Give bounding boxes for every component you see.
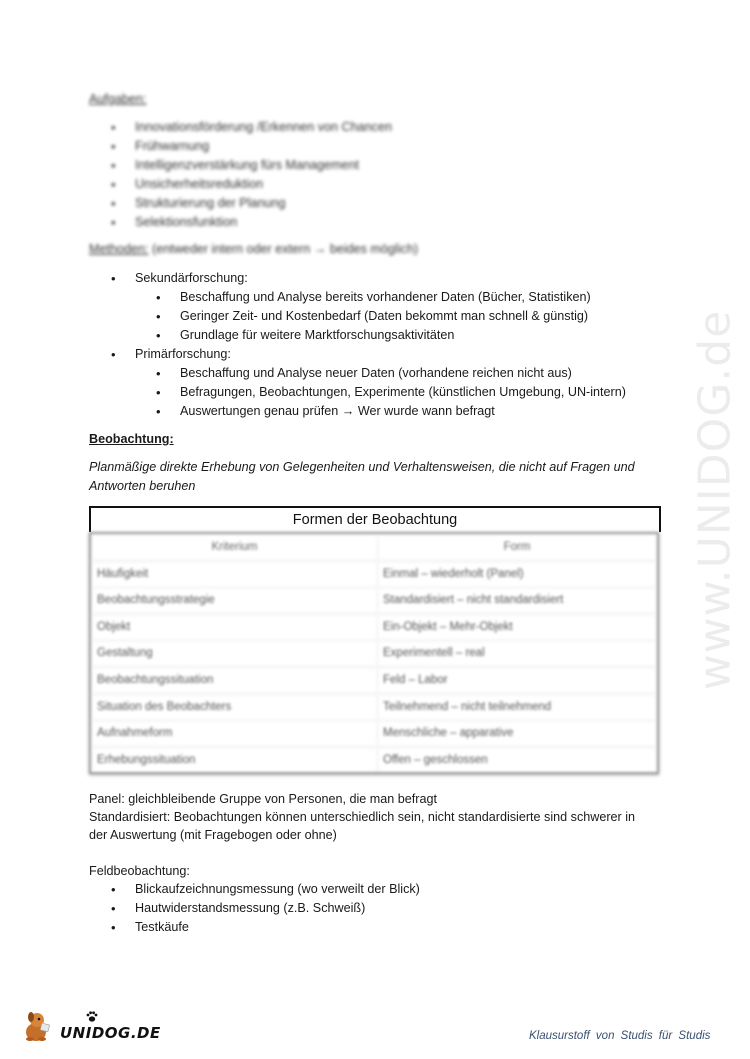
- aufgaben-heading: Aufgaben:: [89, 90, 146, 109]
- cell-form: Einmal – wiederholt (Panel): [379, 563, 655, 586]
- methoden-note: (entweder intern oder extern → beides mö…: [152, 242, 418, 256]
- beobachtung-definition-line2: Antworten beruhen: [89, 477, 195, 496]
- logo-text: UNIDOG.DE: [60, 1024, 161, 1042]
- cell-kriterium: Objekt: [93, 616, 376, 639]
- beobachtung-definition-line1: Planmäßige direkte Erhebung von Gelegenh…: [89, 458, 635, 477]
- list-item: Beschaffung und Analyse neuer Daten (vor…: [180, 364, 626, 383]
- table-row: BeobachtungssituationFeld – Labor: [93, 669, 655, 692]
- list-item: Selektionsfunktion: [135, 213, 392, 232]
- table-row: HäufigkeitEinmal – wiederholt (Panel): [93, 563, 655, 586]
- watermark-text: www.UNIDOG.de: [690, 310, 741, 691]
- methoden-heading: Methoden:: [89, 242, 149, 256]
- table-row: ErhebungssituationOffen – geschlossen: [93, 749, 655, 772]
- cell-kriterium: Beobachtungsstrategie: [93, 589, 376, 612]
- watermark: www.UNIDOG.de: [690, 270, 740, 730]
- cell-form: Experimentell – real: [379, 642, 655, 665]
- list-item: Strukturierung der Planung: [135, 194, 392, 213]
- list-item: Innovationsförderung /Erkennen von Chanc…: [135, 118, 392, 137]
- cell-form: Ein-Objekt – Mehr-Objekt: [379, 616, 655, 639]
- list-item: Beschaffung und Analyse bereits vorhande…: [180, 288, 591, 307]
- list-item: Hautwiderstandsmessung (z.B. Schweiß): [135, 899, 420, 918]
- table-row: BeobachtungsstrategieStandardisiert – ni…: [93, 589, 655, 612]
- footer-slogan: Klausurstoff von Studis für Studis: [529, 1030, 710, 1042]
- table-row: ObjektEin-Objekt – Mehr-Objekt: [93, 616, 655, 639]
- cell-kriterium: Beobachtungssituation: [93, 669, 376, 692]
- standardisiert-note-line2: der Auswertung (mit Fragebogen oder ohne…: [89, 826, 337, 845]
- beobachtung-heading: Beobachtung:: [89, 430, 174, 449]
- header-kriterium: Kriterium: [93, 536, 376, 559]
- dog-mascot-icon: [22, 1010, 52, 1042]
- paw-print-icon: [86, 1011, 98, 1022]
- primaer-items: Beschaffung und Analyse neuer Daten (vor…: [180, 364, 626, 421]
- group-label: Primärforschung:: [135, 345, 231, 364]
- cell-form: Teilnehmend – nicht teilnehmend: [379, 696, 655, 719]
- panel-note: Panel: gleichbleibende Gruppe von Person…: [89, 790, 437, 809]
- cell-kriterium: Häufigkeit: [93, 563, 376, 586]
- cell-form: Menschliche – apparative: [379, 722, 655, 745]
- document-page: Aufgaben: Innovationsförderung /Erkennen…: [0, 0, 750, 1059]
- cell-kriterium: Situation des Beobachters: [93, 696, 376, 719]
- sekundaer-items: Beschaffung und Analyse bereits vorhande…: [180, 288, 591, 345]
- methoden-group-primaer: Primärforschung:: [135, 345, 231, 364]
- feldbeobachtung-list: Blickaufzeichnungsmessung (wo verweilt d…: [135, 880, 420, 937]
- cell-form: Standardisiert – nicht standardisiert: [379, 589, 655, 612]
- list-item: Befragungen, Beobachtungen, Experimente …: [180, 383, 626, 402]
- list-item: Grundlage für weitere Marktforschungsakt…: [180, 326, 591, 345]
- standardisiert-note-line1: Standardisiert: Beobachtungen können unt…: [89, 808, 635, 827]
- cell-kriterium: Aufnahmeform: [93, 722, 376, 745]
- cell-kriterium: Gestaltung: [93, 642, 376, 665]
- table-body: Kriterium Form HäufigkeitEinmal – wieder…: [89, 532, 659, 774]
- list-item: Intelligenzverstärkung fürs Management: [135, 156, 392, 175]
- list-item: Frühwarnung: [135, 137, 392, 156]
- list-item: Auswertungen genau prüfen → Wer wurde wa…: [180, 402, 626, 421]
- list-item: Testkäufe: [135, 918, 420, 937]
- aufgaben-list: Innovationsförderung /Erkennen von Chanc…: [135, 118, 392, 232]
- list-item: Blickaufzeichnungsmessung (wo verweilt d…: [135, 880, 420, 899]
- methoden-group-sekundaer: Sekundärforschung:: [135, 269, 248, 288]
- list-item: Geringer Zeit- und Kostenbedarf (Daten b…: [180, 307, 591, 326]
- cell-kriterium: Erhebungssituation: [93, 749, 376, 772]
- list-item: Unsicherheitsreduktion: [135, 175, 392, 194]
- unidog-logo: UNIDOG.DE: [22, 1010, 152, 1048]
- table-header-row: Kriterium Form: [93, 536, 655, 559]
- cell-form: Feld – Labor: [379, 669, 655, 692]
- methoden-heading-line: Methoden: (entweder intern oder extern →…: [89, 240, 418, 259]
- table-title: Formen der Beobachtung: [89, 506, 661, 532]
- formen-table: Formen der Beobachtung Kriterium Form Hä…: [89, 506, 659, 774]
- cell-form: Offen – geschlossen: [379, 749, 655, 772]
- table-row: AufnahmeformMenschliche – apparative: [93, 722, 655, 745]
- feldbeobachtung-label: Feldbeobachtung:: [89, 862, 190, 881]
- header-form: Form: [379, 536, 655, 559]
- group-label: Sekundärforschung:: [135, 269, 248, 288]
- table-row: GestaltungExperimentell – real: [93, 642, 655, 665]
- table-row: Situation des BeobachtersTeilnehmend – n…: [93, 696, 655, 719]
